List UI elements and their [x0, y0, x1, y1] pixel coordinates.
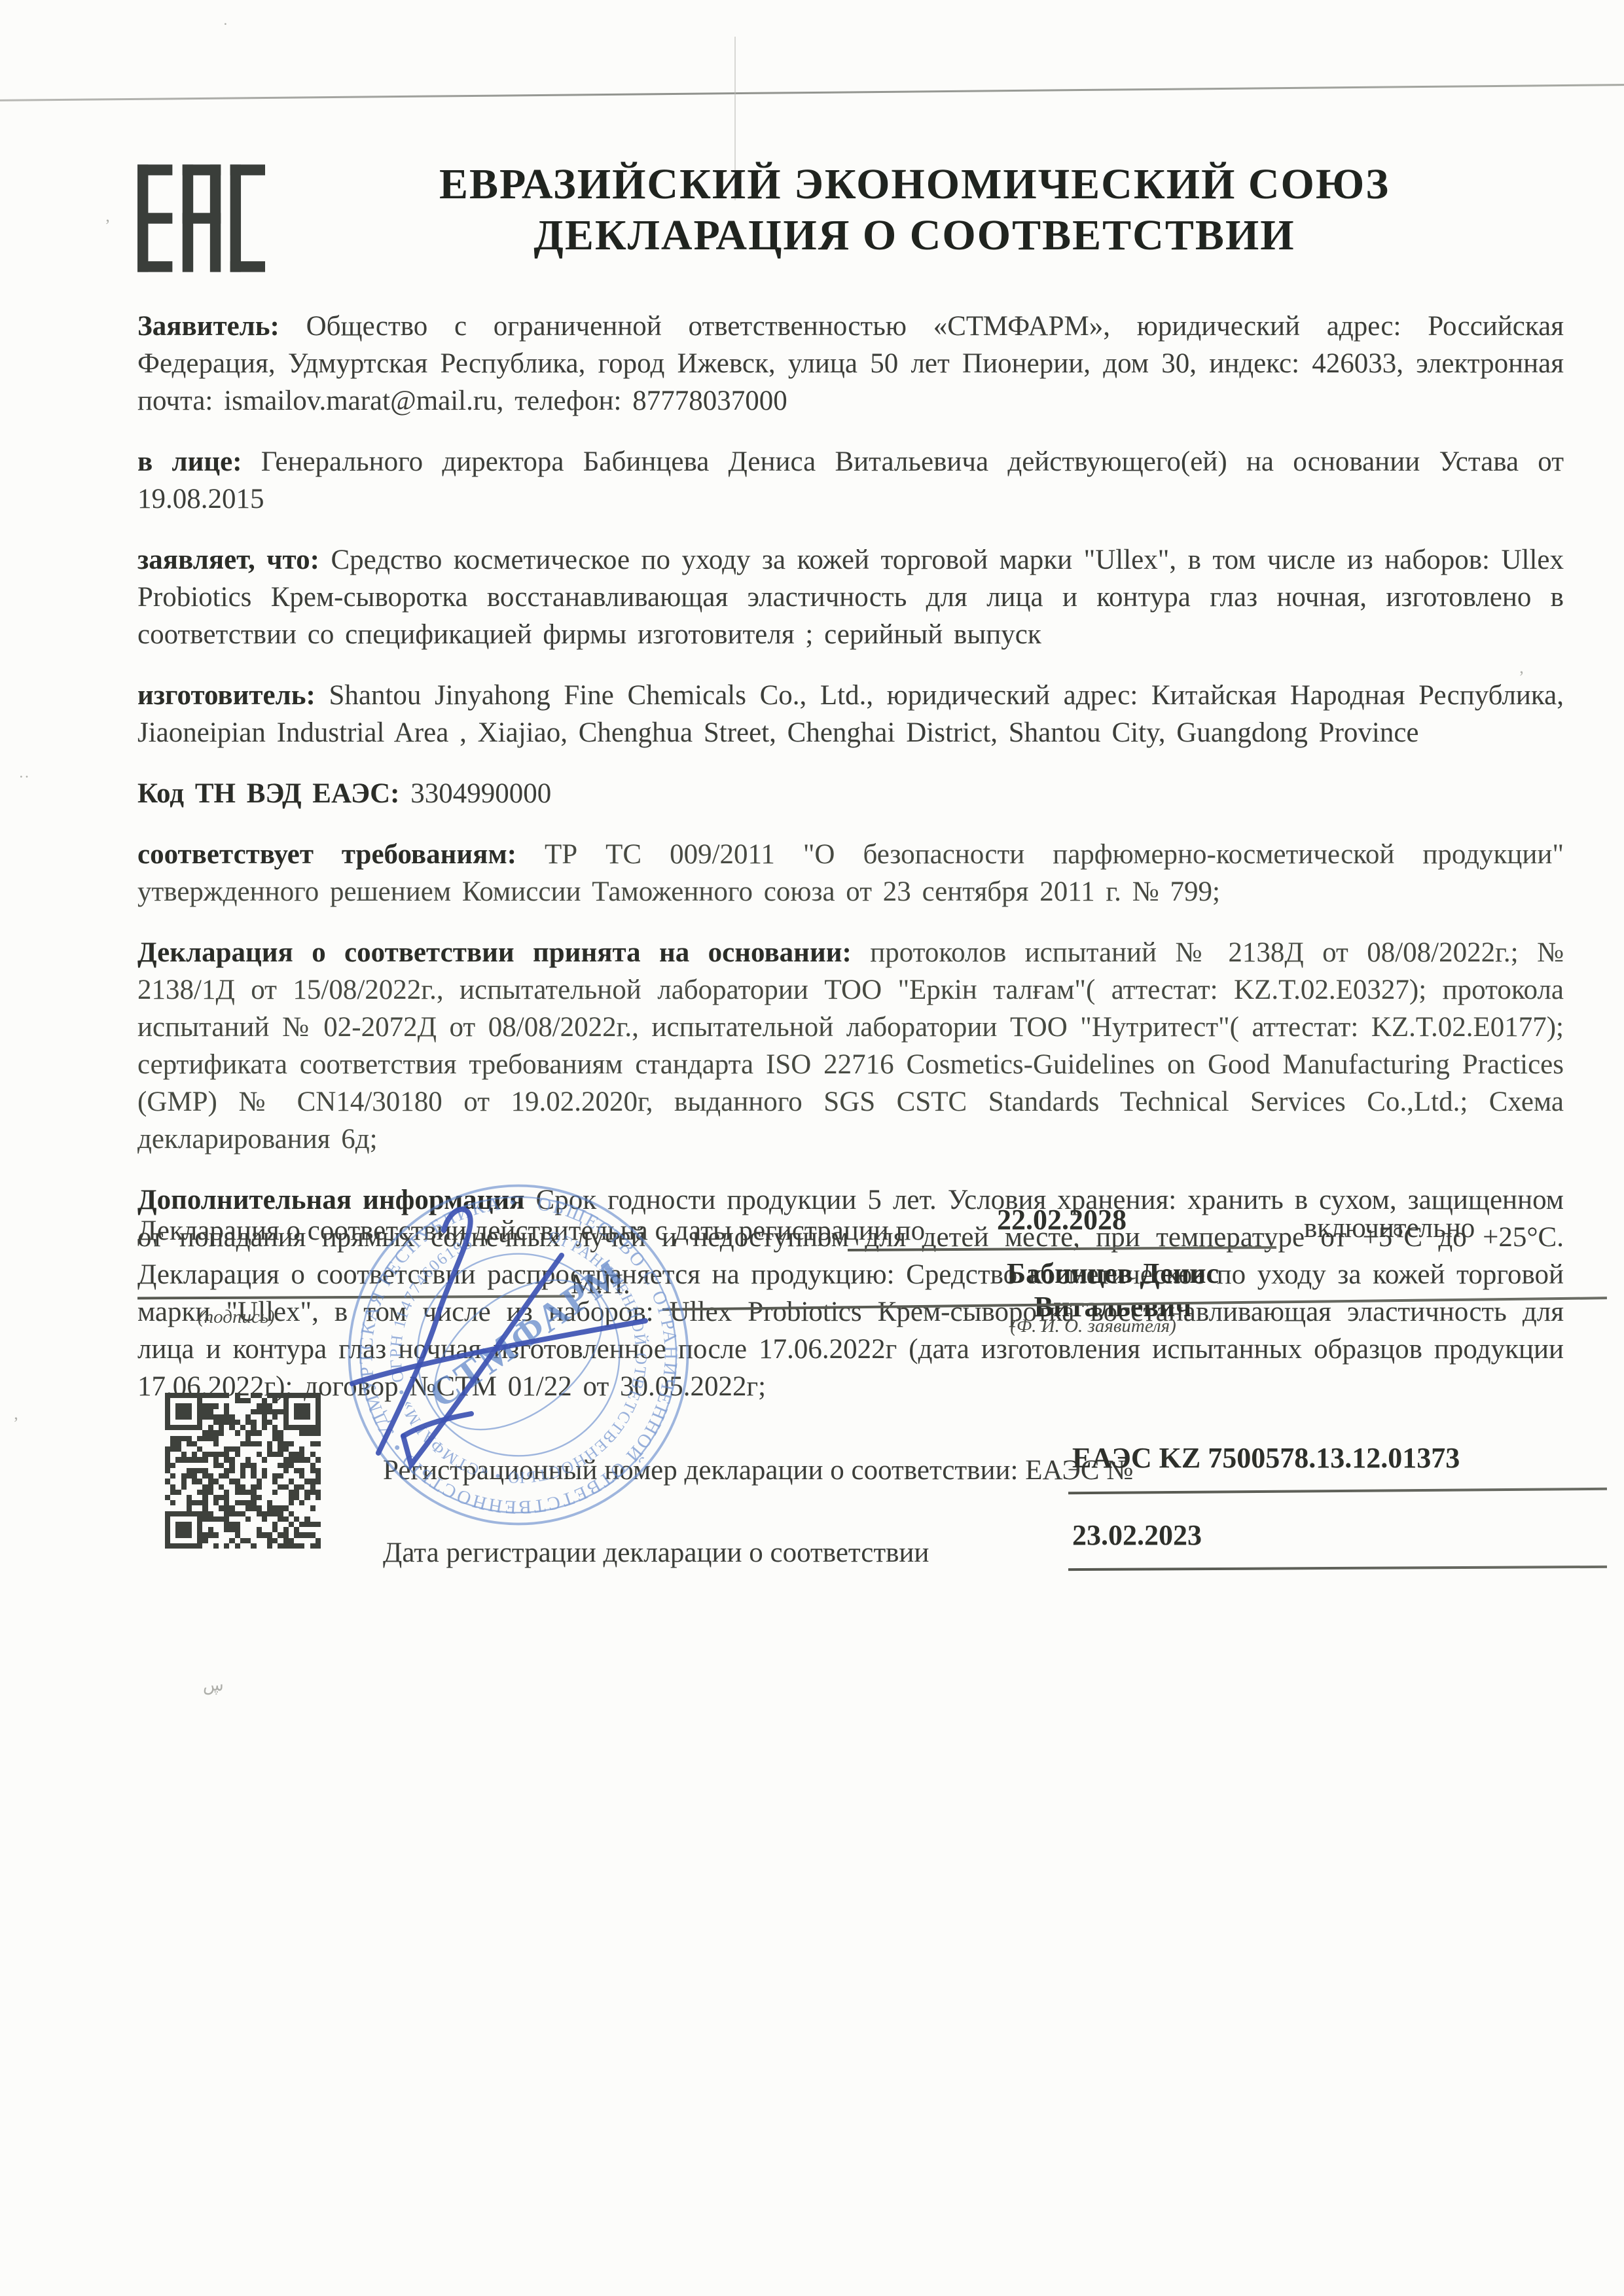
scan-speck: ’ — [13, 1414, 19, 1433]
registration-date-line — [1068, 1566, 1607, 1571]
paragraph-declares: заявляет, что: Средство косметическое по… — [137, 541, 1564, 653]
applicant-text: Общество с ограниченной ответственностью… — [137, 311, 1564, 416]
registration-date-label: Дата регистрации декларации о соответств… — [383, 1537, 929, 1569]
requirements-label: соответствует требованиям: — [137, 839, 516, 870]
registration-number-value: ЕАЭС KZ 7500578.13.12.01373 — [1072, 1441, 1460, 1475]
paragraph-manufacturer: изготовитель: Shantou Jinyahong Fine Che… — [137, 677, 1564, 751]
document-body: Заявитель: Общество с ограниченной ответ… — [137, 308, 1564, 1429]
scan-line-artifact — [0, 84, 1624, 101]
signature-caption: (подпись) — [198, 1306, 275, 1328]
document-header: ЕВРАЗИЙСКИЙ ЭКОНОМИЧЕСКИЙ СОЮЗ ДЕКЛАРАЦИ… — [137, 159, 1564, 272]
tnved-label: Код ТН ВЭД ЕАЭС: — [137, 778, 400, 809]
declaration-scan-page: ˙ ’ ’ ˙˙ ’ ڛ ЕВРАЗИЙСК — [0, 0, 1624, 2296]
stamp-place-mark: М.П. — [571, 1268, 630, 1300]
document-title-block: ЕВРАЗИЙСКИЙ ЭКОНОМИЧЕСКИЙ СОЮЗ ДЕКЛАРАЦИ… — [265, 159, 1564, 261]
scan-speck: ˙ — [223, 20, 228, 39]
declares-label: заявляет, что: — [137, 545, 319, 575]
registration-number-line — [1068, 1488, 1607, 1494]
registration-date-value: 23.02.2023 — [1072, 1518, 1202, 1552]
manufacturer-text: Shantou Jinyahong Fine Chemicals Co., Lt… — [137, 680, 1564, 748]
paragraph-person: в лице: Генерального директора Бабинцева… — [137, 443, 1564, 518]
title-declaration: ДЕКЛАРАЦИЯ О СООТВЕТСТВИИ — [265, 210, 1564, 261]
declares-text: Средство косметическое по уходу за кожей… — [137, 545, 1564, 650]
additional-label: Дополнительная информация — [137, 1185, 524, 1215]
applicant-label: Заявитель: — [137, 311, 280, 342]
title-union: ЕВРАЗИЙСКИЙ ЭКОНОМИЧЕСКИЙ СОЮЗ — [265, 159, 1564, 210]
paragraph-requirements: соответствует требованиям: ТР ТС 009/201… — [137, 836, 1564, 910]
applicant-fio: Бабинцев Денис Витальевич — [949, 1257, 1276, 1323]
scan-speck: ’ — [105, 216, 111, 236]
paragraph-basis: Декларация о соответствии принята на осн… — [137, 934, 1564, 1158]
basis-label: Декларация о соответствии принята на осн… — [137, 937, 852, 968]
basis-text: протоколов испытаний № 2138Д от 08/08/20… — [137, 937, 1564, 1155]
fio-caption: (Ф. И. О. заявителя) — [929, 1316, 1257, 1337]
registration-number-label: Регистрационный номер декларации о соотв… — [383, 1454, 1133, 1486]
tnved-code: 3304990000 — [410, 778, 551, 809]
eac-logo — [137, 164, 265, 272]
scan-speck: ڛ — [203, 1676, 224, 1695]
manufacturer-label: изготовитель: — [137, 680, 316, 711]
validity-suffix: включительно — [1304, 1212, 1475, 1244]
validity-label: Декларация о соответствии действительна … — [137, 1215, 925, 1247]
paragraph-applicant: Заявитель: Общество с ограниченной ответ… — [137, 308, 1564, 420]
scan-speck: ˙˙ — [18, 772, 29, 792]
person-label: в лице: — [137, 446, 242, 477]
person-text: Генерального директора Бабинцева Дениса … — [137, 446, 1564, 514]
validity-date: 22.02.2028 — [898, 1203, 1225, 1236]
paragraph-tnved: Код ТН ВЭД ЕАЭС: 3304990000 — [137, 775, 1564, 812]
qr-code — [165, 1393, 321, 1549]
